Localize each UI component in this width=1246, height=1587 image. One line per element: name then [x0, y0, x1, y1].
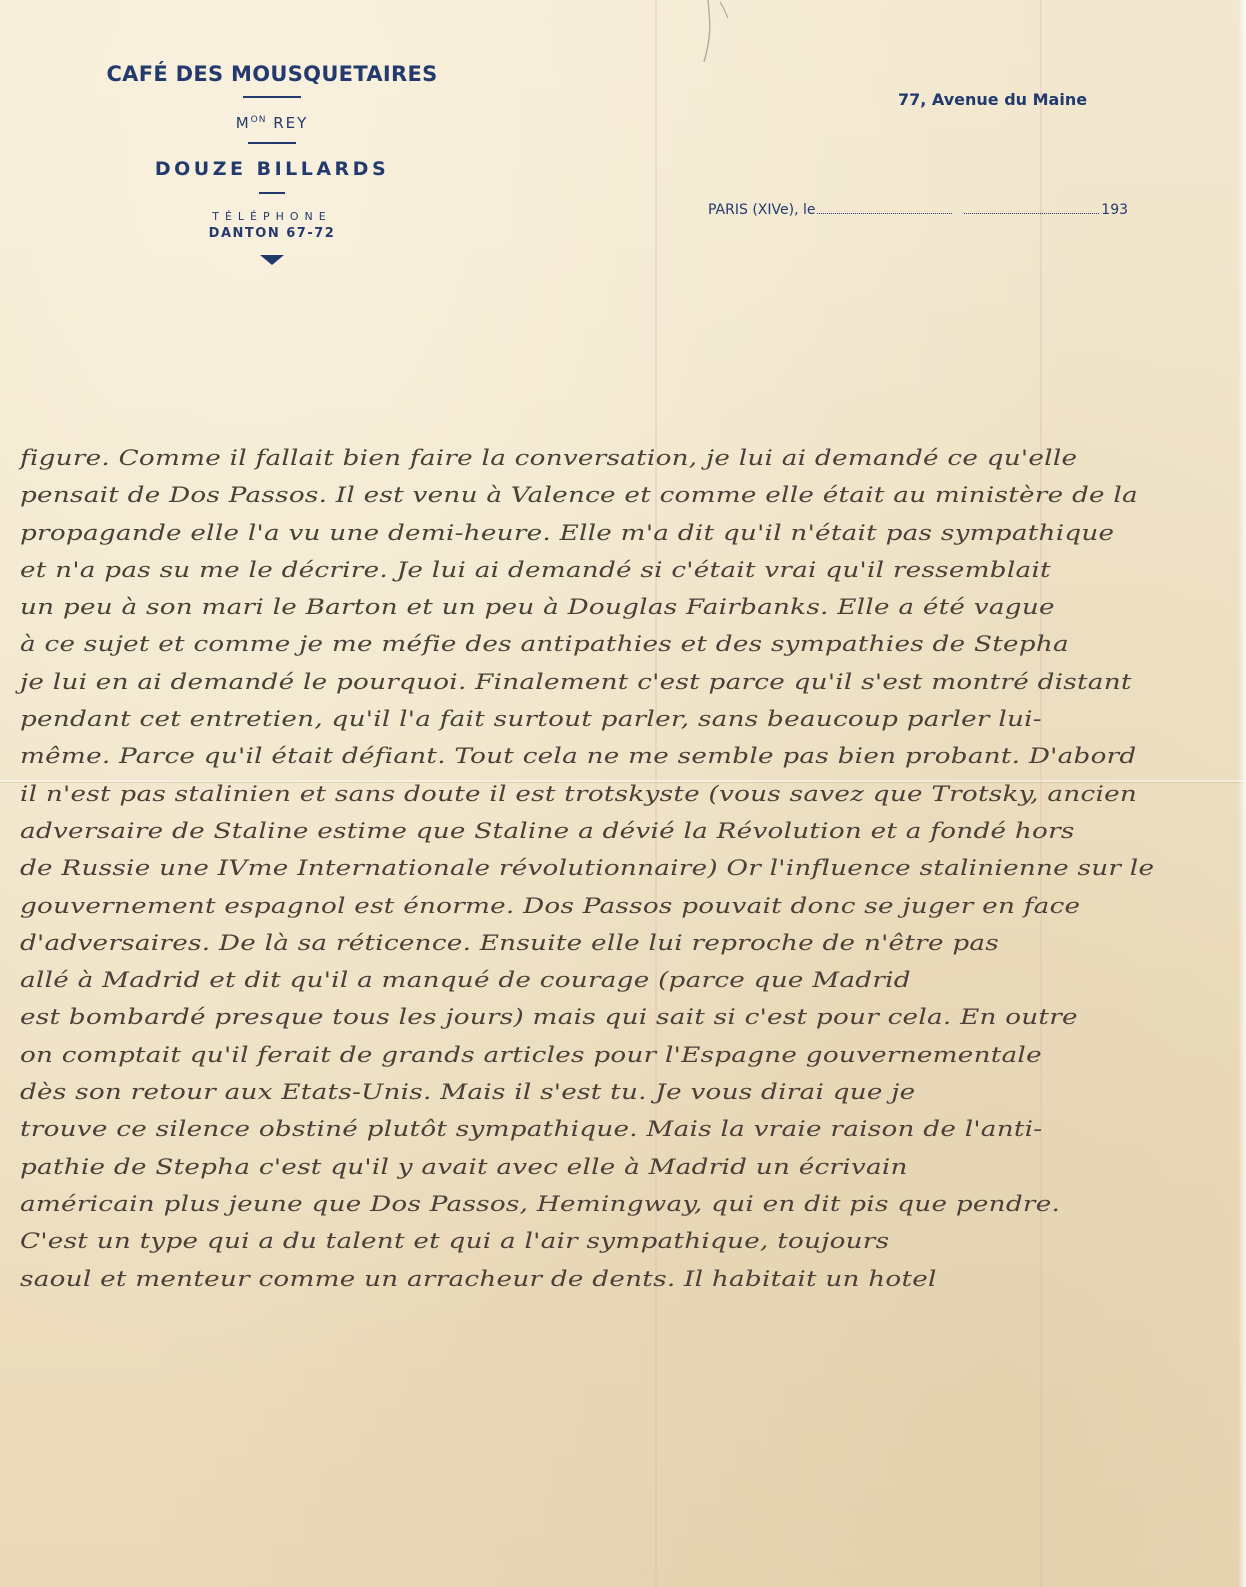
- telephone-number: DANTON 67-72: [72, 226, 472, 241]
- dateline-year: 193: [1101, 202, 1128, 218]
- down-triangle-icon: [260, 255, 284, 265]
- street-address: 77, Avenue du Maine: [898, 90, 1087, 109]
- handwritten-line: je lui en ai demandé le pourquoi. Finale…: [20, 664, 1200, 701]
- line-text: trouve ce silence obstiné plutôt sympath…: [20, 1111, 1042, 1148]
- handwritten-line: et n'a pas su me le décrire. Je lui ai d…: [20, 552, 1200, 589]
- handwritten-line: saoul et menteur comme un arracheur de d…: [20, 1261, 1200, 1298]
- line-text: on comptait qu'il ferait de grands artic…: [20, 1037, 1042, 1074]
- handwritten-line: il n'est pas stalinien et sans doute il …: [20, 776, 1200, 813]
- line-text: allé à Madrid et dit qu'il a manqué de c…: [20, 962, 911, 999]
- line-text: figure. Comme il fallait bien faire la c…: [20, 440, 1077, 477]
- paper-edge: [1238, 0, 1246, 1587]
- owner-prefix: M: [236, 114, 251, 132]
- handwritten-line: à ce sujet et comme je me méfie des anti…: [20, 626, 1200, 663]
- telephone-label: TÉLÉPHONE: [72, 210, 472, 223]
- line-text: adversaire de Staline estime que Staline…: [20, 813, 1075, 850]
- handwritten-line: pensait de Dos Passos. Il est venu à Val…: [20, 477, 1200, 514]
- handwritten-line: dès son retour aux Etats-Unis. Mais il s…: [20, 1074, 1200, 1111]
- handwritten-line: propagande elle l'a vu une demi-heure. E…: [20, 515, 1200, 552]
- owner-name: REY: [273, 114, 308, 132]
- line-text: il n'est pas stalinien et sans doute il …: [20, 776, 1137, 813]
- letterhead: CAFÉ DES MOUSQUETAIRES MON REY DOUZE BIL…: [72, 62, 472, 265]
- handwritten-line: américain plus jeune que Dos Passos, Hem…: [20, 1186, 1200, 1223]
- line-text: de Russie une IVme Internationale révolu…: [20, 850, 1154, 887]
- line-text: même. Parce qu'il était défiant. Tout ce…: [20, 738, 1136, 775]
- handwritten-line: figure. Comme il fallait bien faire la c…: [20, 440, 1200, 477]
- handwritten-body: figure. Comme il fallait bien faire la c…: [20, 440, 1200, 1298]
- line-text: saoul et menteur comme un arracheur de d…: [20, 1261, 937, 1298]
- handwritten-line: adversaire de Staline estime que Staline…: [20, 813, 1200, 850]
- line-text: et n'a pas su me le décrire. Je lui ai d…: [20, 552, 1051, 589]
- handwritten-line: même. Parce qu'il était défiant. Tout ce…: [20, 738, 1200, 775]
- cafe-name: CAFÉ DES MOUSQUETAIRES: [72, 62, 472, 86]
- owner-line: MON REY: [72, 114, 472, 132]
- date-blank: [964, 203, 1099, 214]
- line-text: C'est un type qui a du talent et qui a l…: [20, 1223, 889, 1260]
- line-text: je lui en ai demandé le pourquoi. Finale…: [20, 664, 1132, 701]
- line-text: pendant cet entretien, qu'il l'a fait su…: [20, 701, 1042, 738]
- line-text: pensait de Dos Passos. Il est venu à Val…: [20, 477, 1138, 514]
- dateline-prefix: PARIS (XIVe), le: [708, 202, 815, 218]
- divider: [259, 192, 285, 194]
- line-text: à ce sujet et comme je me méfie des anti…: [20, 626, 1069, 663]
- handwritten-line: gouvernement espagnol est énorme. Dos Pa…: [20, 888, 1200, 925]
- divider: [248, 142, 296, 144]
- line-text: dès son retour aux Etats-Unis. Mais il s…: [20, 1074, 915, 1111]
- cafe-subtitle: DOUZE BILLARDS: [72, 158, 472, 180]
- handwritten-line: pathie de Stepha c'est qu'il y avait ave…: [20, 1149, 1200, 1186]
- handwritten-line: C'est un type qui a du talent et qui a l…: [20, 1223, 1200, 1260]
- handwritten-line: d'adversaires. De là sa réticence. Ensui…: [20, 925, 1200, 962]
- handwritten-line: pendant cet entretien, qu'il l'a fait su…: [20, 701, 1200, 738]
- date-blank: [817, 203, 952, 214]
- handwritten-line: on comptait qu'il ferait de grands artic…: [20, 1037, 1200, 1074]
- owner-sup: ON: [251, 115, 267, 125]
- letter-page: CAFÉ DES MOUSQUETAIRES MON REY DOUZE BIL…: [0, 0, 1246, 1587]
- line-text: pathie de Stepha c'est qu'il y avait ave…: [20, 1149, 908, 1186]
- line-text: un peu à son mari le Barton et un peu à …: [20, 589, 1055, 626]
- pencil-mark-icon: [690, 0, 730, 70]
- handwritten-line: allé à Madrid et dit qu'il a manqué de c…: [20, 962, 1200, 999]
- line-text: propagande elle l'a vu une demi-heure. E…: [20, 515, 1114, 552]
- line-text: d'adversaires. De là sa réticence. Ensui…: [20, 925, 999, 962]
- line-text: américain plus jeune que Dos Passos, Hem…: [20, 1186, 1060, 1223]
- line-text: gouvernement espagnol est énorme. Dos Pa…: [20, 888, 1080, 925]
- handwritten-line: trouve ce silence obstiné plutôt sympath…: [20, 1111, 1200, 1148]
- handwritten-line: est bombardé presque tous les jours) mai…: [20, 999, 1200, 1036]
- line-text: est bombardé presque tous les jours) mai…: [20, 999, 1078, 1036]
- handwritten-line: de Russie une IVme Internationale révolu…: [20, 850, 1200, 887]
- handwritten-line: un peu à son mari le Barton et un peu à …: [20, 589, 1200, 626]
- divider: [243, 96, 301, 98]
- dateline: PARIS (XIVe), le 193: [708, 202, 1128, 218]
